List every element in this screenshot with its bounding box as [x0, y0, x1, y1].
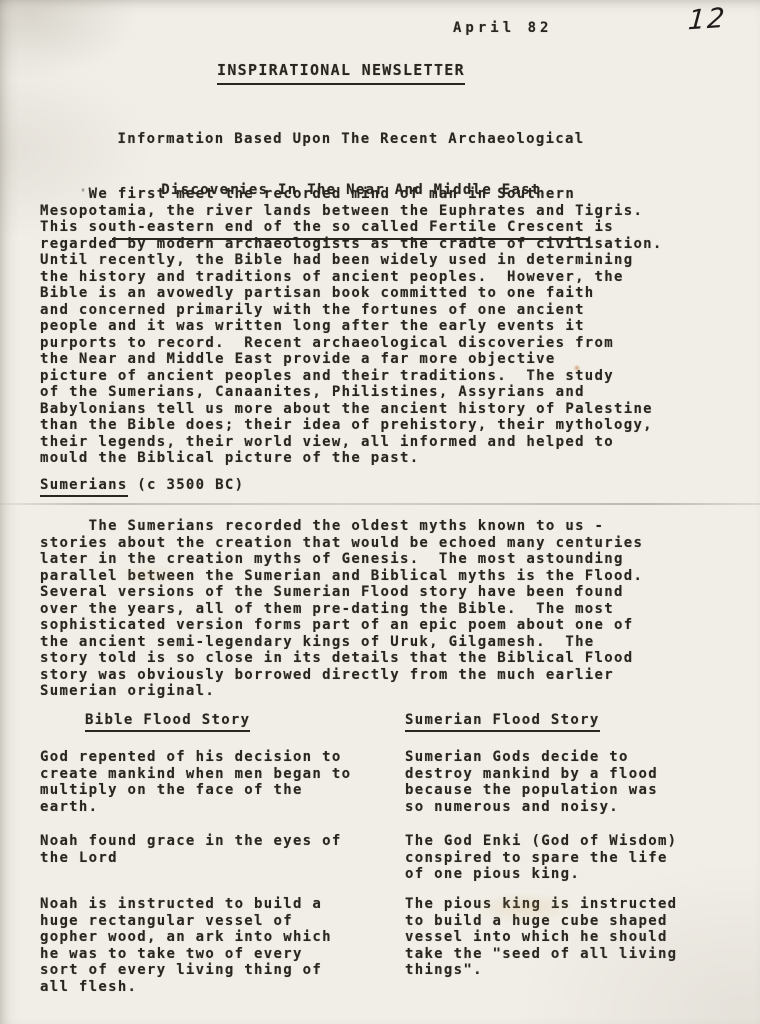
newsletter-title: INSPIRATIONAL NEWSLETTER: [217, 62, 465, 85]
sumerian-flood-paragraph-2: The God Enki (God of Wisdom) conspired t…: [405, 833, 677, 883]
paper-fold-crease: [0, 503, 760, 505]
bible-flood-story-heading-text: Bible Flood Story: [85, 712, 250, 732]
sumerians-paragraph: The Sumerians recorded the oldest myths …: [40, 518, 643, 700]
sumerian-flood-story-heading-text: Sumerian Flood Story: [405, 712, 600, 732]
sumerians-section-heading: Sumerians (c 3500 BC): [40, 477, 244, 494]
intro-paragraph: We first meet the recorded mind of man i…: [40, 186, 663, 467]
newsletter-page: April 82 12 INSPIRATIONAL NEWSLETTER Inf…: [0, 0, 760, 1024]
bible-flood-paragraph-1: God repented of his decision to create m…: [40, 749, 351, 815]
subtitle-line-1: Information Based Upon The Recent Archae…: [112, 131, 590, 148]
sumerian-flood-paragraph-3: The pious king is instructed to build a …: [405, 896, 677, 979]
sumerians-heading-date: (c 3500 BC): [128, 477, 245, 493]
sumerians-heading-word: Sumerians: [40, 477, 128, 497]
sumerian-flood-paragraph-1: Sumerian Gods decide to destroy mankind …: [405, 749, 658, 815]
bible-flood-paragraph-2: Noah found grace in the eyes of the Lord: [40, 833, 342, 866]
handwritten-page-number: 12: [687, 3, 727, 37]
bible-flood-story-heading: Bible Flood Story: [85, 712, 250, 729]
issue-date: April 82: [453, 20, 552, 37]
bible-flood-paragraph-3: Noah is instructed to build a huge recta…: [40, 896, 332, 995]
sumerian-flood-story-heading: Sumerian Flood Story: [405, 712, 600, 729]
